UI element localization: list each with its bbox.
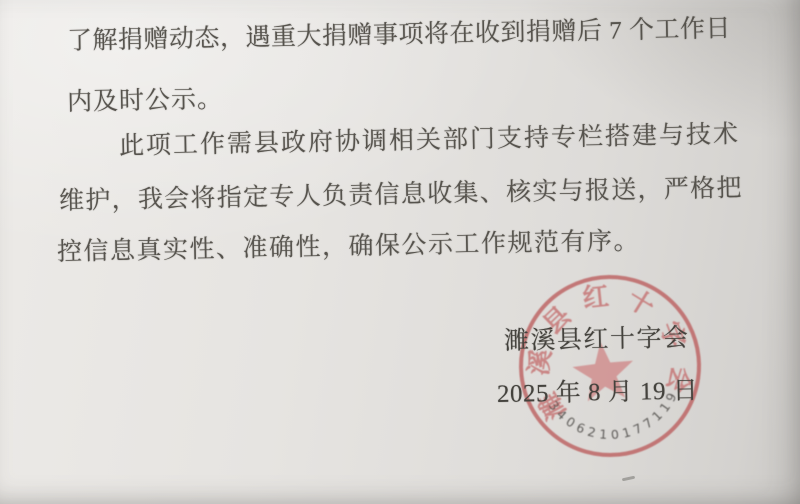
signature-org-name: 濉溪县红十字会 — [504, 318, 690, 357]
body-text-line-4: 维护，我会将指定专人负责信息收集、核实与报送，严格把 — [59, 168, 743, 217]
signature-date: 2025 年 8 月 19 日 — [497, 370, 699, 410]
body-text-line-3: 此项工作需县政府协调相关部门支持专栏搭建与技术 — [119, 114, 741, 162]
body-text-line-2: 内及时公示。 — [67, 79, 224, 118]
document-page: 了解捐赠动态，遇重大捐赠事项将在收到捐赠后 7 个工作日 内及时公示。 此项工作… — [0, 0, 800, 504]
stray-ink-mark — [622, 476, 635, 482]
red-seal-stamp: 濉溪县红十字会 3406210177119 — [508, 264, 712, 468]
body-text-line-5: 控信息真实性、准确性，确保公示工作规范有序。 — [57, 221, 641, 268]
body-text-line-1: 了解捐赠动态，遇重大捐赠事项将在收到捐赠后 7 个工作日 — [67, 8, 732, 57]
